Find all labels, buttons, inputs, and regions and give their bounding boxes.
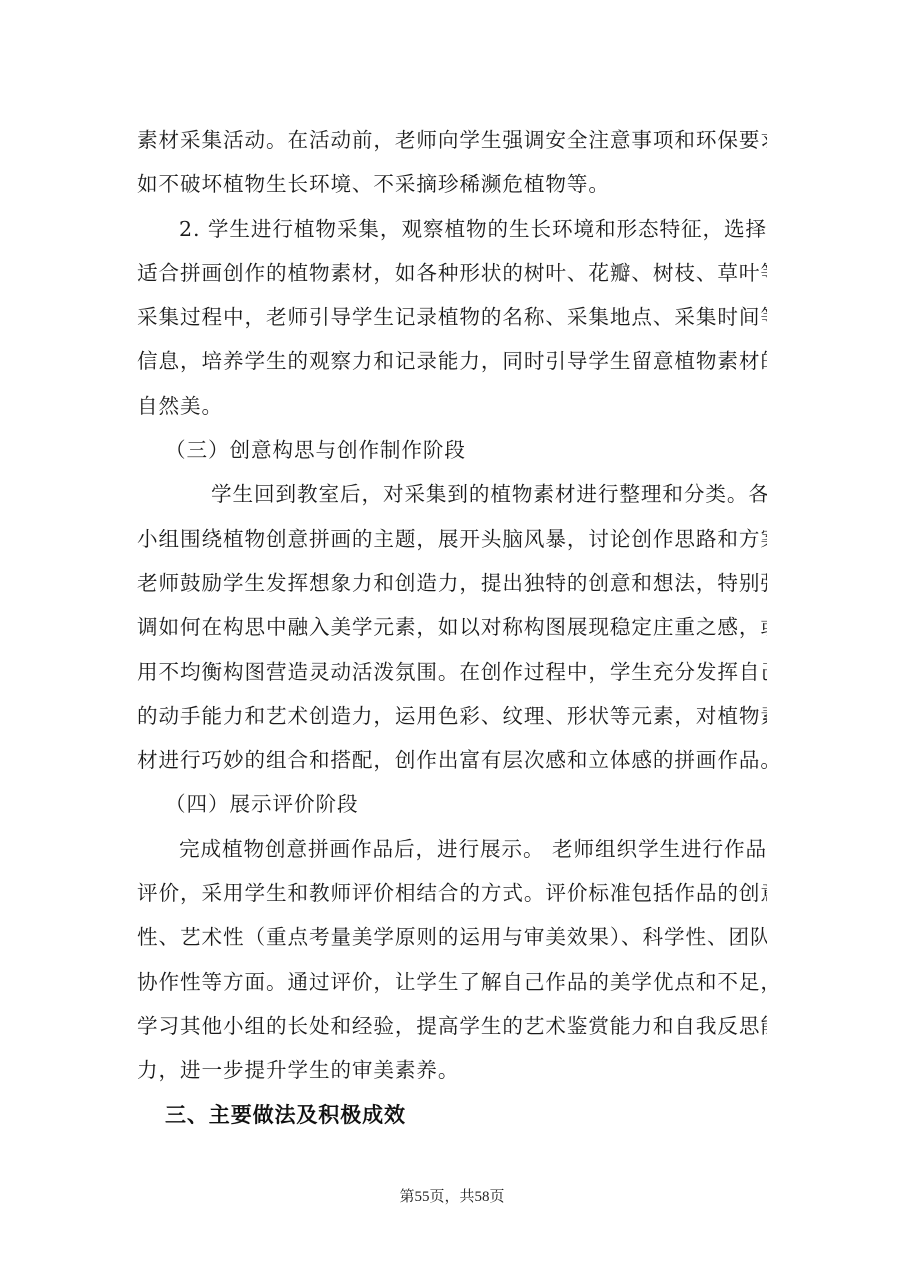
paragraph-line: 小组围绕植物创意拼画的主题，展开头脑风暴，讨论创作思路和方案。	[137, 517, 767, 561]
paragraph-line: 学生回到教室后，对采集到的植物素材进行整理和分类。各	[137, 472, 767, 516]
paragraph-line: 完成植物创意拼画作品后，进行展示。 老师组织学生进行作品	[137, 827, 767, 871]
paragraph-line: 学习其他小组的长处和经验，提高学生的艺术鉴赏能力和自我反思能	[137, 1004, 767, 1048]
paragraph-line: 信息，培养学生的观察力和记录能力，同时引导学生留意植物素材的	[137, 339, 767, 383]
section-heading-4: （四）展示评价阶段	[137, 782, 767, 826]
paragraph-line: 力，进一步提升学生的审美素养。	[137, 1048, 767, 1092]
paragraph-line: 性、艺术性（重点考量美学原则的运用与审美效果）、科学性、团队	[137, 915, 767, 959]
page-number-footer: 第55页，共58页	[0, 1185, 904, 1206]
paragraph-line: 素材采集活动。在活动前，老师向学生强调安全注意事项和环保要求，	[137, 118, 767, 162]
paragraph-line: 材进行巧妙的组合和搭配，创作出富有层次感和立体感的拼画作品。	[137, 738, 767, 782]
chapter-heading: 三、主要做法及积极成效	[137, 1093, 767, 1137]
document-page: 素材采集活动。在活动前，老师向学生强调安全注意事项和环保要求， 如不破坏植物生长…	[137, 118, 767, 1137]
paragraph-line: 自然美。	[137, 384, 767, 428]
paragraph-line: 老师鼓励学生发挥想象力和创造力，提出独特的创意和想法，特别强	[137, 561, 767, 605]
paragraph-line: 如不破坏植物生长环境、不采摘珍稀濒危植物等。	[137, 162, 767, 206]
paragraph-line: 的动手能力和艺术创造力，运用色彩、纹理、形状等元素，对植物素	[137, 694, 767, 738]
paragraph-line: 采集过程中，老师引导学生记录植物的名称、采集地点、采集时间等	[137, 295, 767, 339]
paragraph-line: 调如何在构思中融入美学元素，如以对称构图展现稳定庄重之感，或	[137, 605, 767, 649]
paragraph-line: 协作性等方面。通过评价，让学生了解自己作品的美学优点和不足，	[137, 960, 767, 1004]
paragraph-line: 用不均衡构图营造灵动活泼氛围。在创作过程中，学生充分发挥自己	[137, 650, 767, 694]
paragraph-line: 评价，采用学生和教师评价相结合的方式。评价标准包括作品的创意	[137, 871, 767, 915]
list-item-line: 2. 学生进行植物采集，观察植物的生长环境和形态特征，选择	[137, 207, 767, 251]
section-heading-3: （三）创意构思与创作制作阶段	[137, 428, 767, 472]
paragraph-line: 适合拼画创作的植物素材，如各种形状的树叶、花瓣、树枝、草叶等。	[137, 251, 767, 295]
